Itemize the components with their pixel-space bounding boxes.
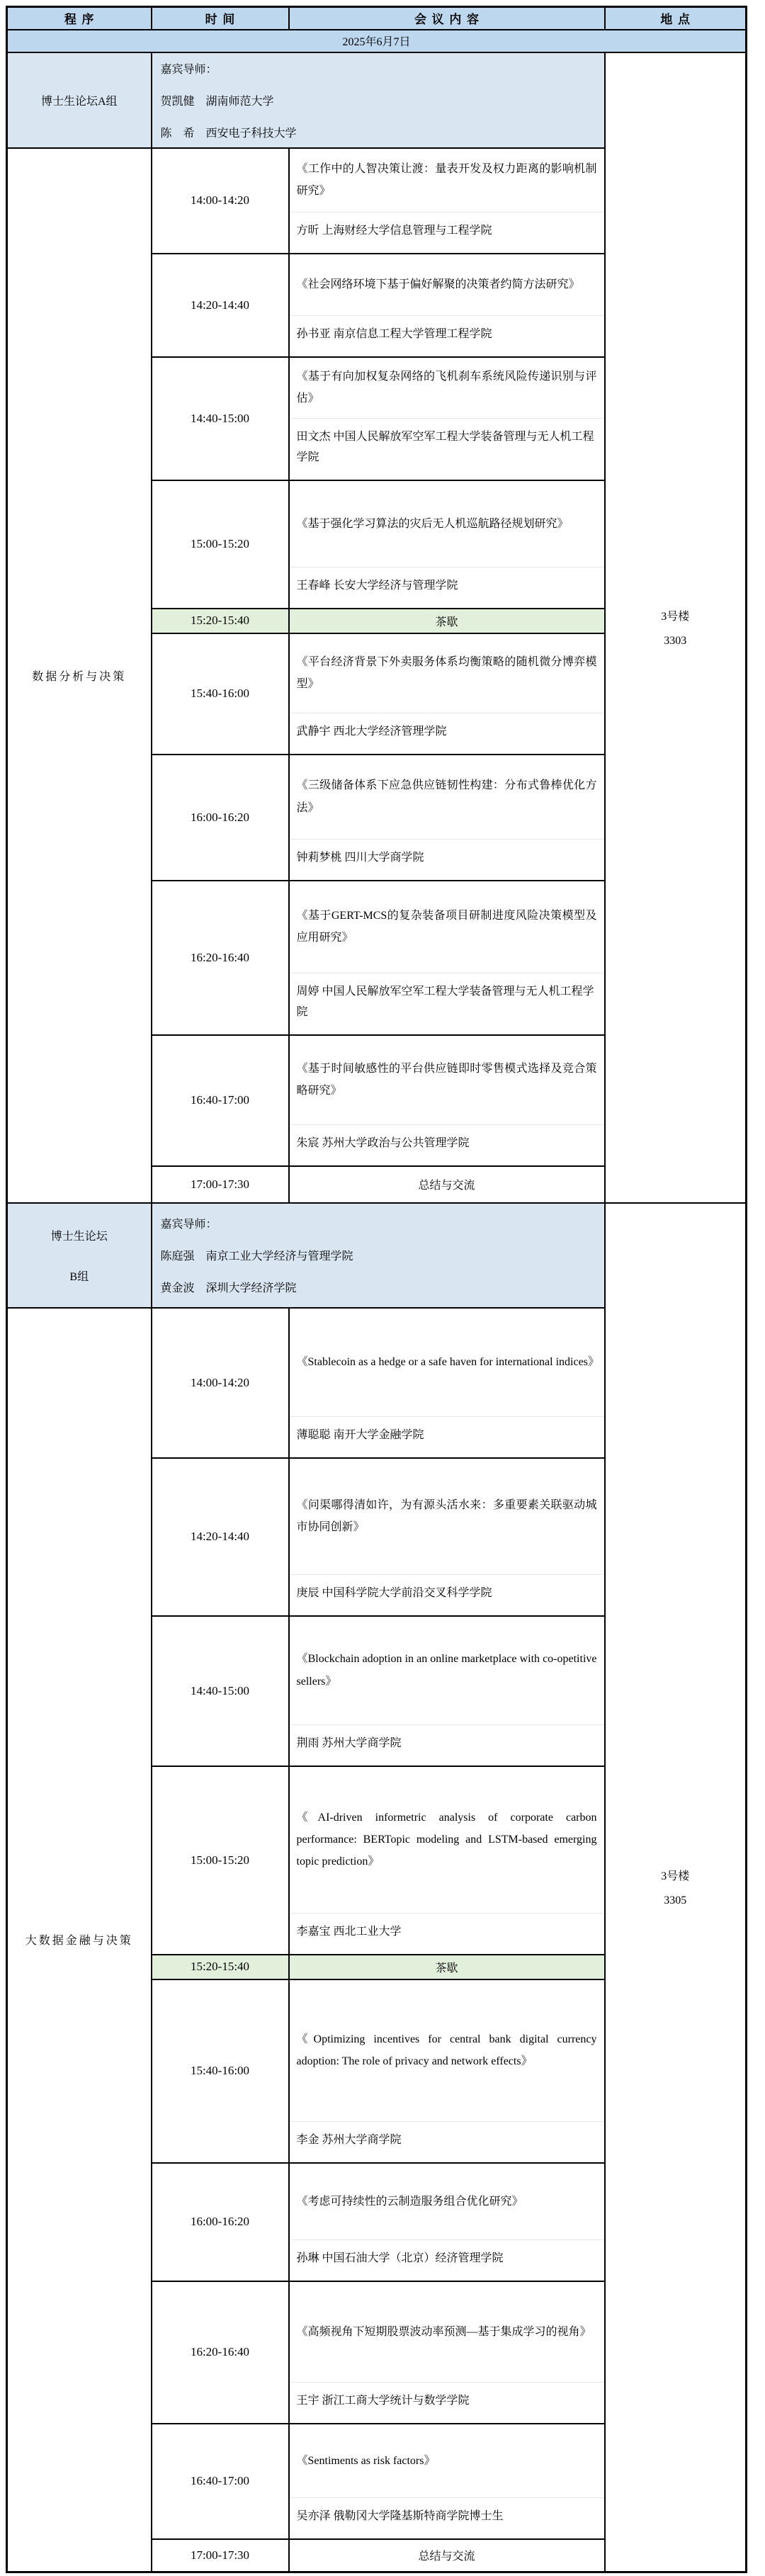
location-group-b: 3号楼 3305 [605, 1203, 747, 2572]
summary-label: 总结与交流 [289, 2539, 605, 2572]
session-content: 《问渠哪得清如许，为有源头活水来：多重要素关联驱动城市协同创新》 庚辰 中国科学… [289, 1458, 605, 1616]
session-time: 15:40-16:00 [152, 633, 289, 755]
session-time: 15:00-15:20 [152, 1766, 289, 1955]
session-content: 《AI-driven informetric analysis of corpo… [289, 1766, 605, 1955]
presenter: 朱宸 苏州大学政治与公共管理学院 [290, 1124, 604, 1165]
session-content: 《基于GERT-MCS的复杂装备项目研制进度风险决策模型及应用研究》 周婷 中国… [289, 881, 605, 1035]
session-time: 14:00-14:20 [152, 148, 289, 254]
presenter: 庚辰 中国科学院大学前沿交叉科学学院 [290, 1574, 604, 1615]
presenter: 吴亦泽 俄勒冈大学隆基斯特商学院博士生 [290, 2497, 604, 2538]
paper-title: 《Optimizing incentives for central bank … [297, 2028, 597, 2072]
group-b-mentors-cell: 嘉宾导师： 陈庭强 南京工业大学经济与管理学院 黄金波 深圳大学经济学院 [152, 1203, 605, 1308]
tea-break-label: 茶歇 [289, 609, 605, 633]
group-a-guest-row: 博士生论坛A组 嘉宾导师： 贺凯健 湖南师范大学 陈 希 西安电子科技大学 3号… [7, 52, 747, 148]
paper-title: 《基于强化学习算法的灾后无人机巡航路径规划研究》 [297, 513, 597, 535]
session-content: 《高频视角下短期股票波动率预测—基于集成学习的视角》 王宇 浙江工商大学统计与数… [289, 2281, 605, 2424]
summary-label: 总结与交流 [289, 1166, 605, 1203]
program-group-b-line1: 博士生论坛 [8, 1227, 151, 1243]
location-group-a: 3号楼 3303 [605, 52, 747, 1203]
session-time: 14:40-15:00 [152, 357, 289, 480]
location-room: 3303 [606, 635, 746, 648]
paper-title: 《社会网络环境下基于偏好解聚的决策者约简方法研究》 [297, 273, 597, 295]
col-header-program: 程序 [7, 7, 152, 30]
session-content: 《基于强化学习算法的灾后无人机巡航路径规划研究》 王春峰 长安大学经济与管理学院 [289, 480, 605, 609]
session-content: 《社会网络环境下基于偏好解聚的决策者约简方法研究》 孙书亚 南京信息工程大学管理… [289, 254, 605, 357]
session-time: 15:20-15:40 [152, 1955, 289, 1979]
group-a-mentors-cell: 嘉宾导师： 贺凯健 湖南师范大学 陈 希 西安电子科技大学 [152, 52, 605, 148]
group-b-guest-row: 博士生论坛 B组 嘉宾导师： 陈庭强 南京工业大学经济与管理学院 黄金波 深圳大… [7, 1203, 747, 1308]
mentor: 黄金波 深圳大学经济学院 [161, 1279, 596, 1295]
paper-title: 《基于有向加权复杂网络的飞机刹车系统风险传递识别与评估》 [297, 366, 597, 409]
program-group-a-line1: 博士生论坛A组 [8, 92, 151, 108]
session-time: 16:40-17:00 [152, 2424, 289, 2539]
session-time: 14:40-15:00 [152, 1616, 289, 1766]
paper-title: 《工作中的人智决策让渡：量表开发及权力距离的影响机制研究》 [297, 158, 597, 202]
mentors-label: 嘉宾导师： [161, 1215, 596, 1231]
program-group-b-label: 博士生论坛 B组 [7, 1203, 152, 1308]
presenter: 王宇 浙江工商大学统计与数学学院 [290, 2382, 604, 2423]
presenter: 薄聪聪 南开大学金融学院 [290, 1416, 604, 1457]
session-content: 《平台经济背景下外卖服务体系均衡策略的随机微分博弈模型》 武静宇 西北大学经济管… [289, 633, 605, 755]
session-time: 16:20-16:40 [152, 2281, 289, 2424]
session-time: 14:20-14:40 [152, 1458, 289, 1616]
session-time: 16:20-16:40 [152, 881, 289, 1035]
session-content: 《基于有向加权复杂网络的飞机刹车系统风险传递识别与评估》 田文杰 中国人民解放军… [289, 357, 605, 480]
program-track-a: 数据分析与决策 [7, 148, 152, 1203]
session-content: 《Sentiments as risk factors》 吴亦泽 俄勒冈大学隆基… [289, 2424, 605, 2539]
presenter: 孙琳 中国石油大学（北京）经济管理学院 [290, 2239, 604, 2281]
mentor: 陈庭强 南京工业大学经济与管理学院 [161, 1247, 596, 1263]
paper-title: 《三级储备体系下应急供应链韧性构建：分布式鲁棒优化方法》 [297, 774, 597, 818]
date-banner: 2025年6月7日 [7, 30, 747, 52]
program-track-b: 大数据金融与决策 [7, 1308, 152, 2572]
presenter: 李嘉宝 西北工业大学 [290, 1913, 604, 1954]
session-time: 15:20-15:40 [152, 609, 289, 633]
tea-break-label: 茶歇 [289, 1955, 605, 1979]
session-content: 《工作中的人智决策让渡：量表开发及权力距离的影响机制研究》 方昕 上海财经大学信… [289, 148, 605, 254]
presenter: 李金 苏州大学商学院 [290, 2121, 604, 2162]
session-time: 17:00-17:30 [152, 1166, 289, 1203]
presenter: 武静宇 西北大学经济管理学院 [290, 713, 604, 754]
session-time: 16:00-16:20 [152, 2163, 289, 2281]
session-time: 17:00-17:30 [152, 2539, 289, 2572]
program-group-a-label: 博士生论坛A组 [7, 52, 152, 148]
col-header-content: 会议内容 [289, 7, 605, 30]
location-building: 3号楼 [606, 1867, 746, 1883]
col-header-time: 时间 [152, 7, 289, 30]
session-time: 14:00-14:20 [152, 1308, 289, 1458]
paper-title: 《考虑可持续性的云制造服务组合优化研究》 [297, 2191, 597, 2213]
presenter: 王春峰 长安大学经济与管理学院 [290, 567, 604, 608]
presenter: 方昕 上海财经大学信息管理与工程学院 [290, 212, 604, 253]
paper-title: 《问渠哪得清如许，为有源头活水来：多重要素关联驱动城市协同创新》 [297, 1494, 597, 1538]
presenter: 荆雨 苏州大学商学院 [290, 1724, 604, 1766]
paper-title: 《Sentiments as risk factors》 [297, 2450, 597, 2472]
session-time: 14:20-14:40 [152, 254, 289, 357]
session-content: 《Blockchain adoption in an online market… [289, 1616, 605, 1766]
presenter: 周婷 中国人民解放军空军工程大学装备管理与无人机工程学院 [290, 973, 604, 1034]
presenter: 孙书亚 南京信息工程大学管理工程学院 [290, 315, 604, 356]
session-content: 《基于时间敏感性的平台供应链即时零售模式选择及竞合策略研究》 朱宸 苏州大学政治… [289, 1035, 605, 1166]
mentor: 陈 希 西安电子科技大学 [161, 124, 596, 140]
session-time: 15:40-16:00 [152, 1979, 289, 2163]
session-time: 16:00-16:20 [152, 755, 289, 881]
paper-title: 《AI-driven informetric analysis of corpo… [297, 1807, 597, 1873]
location-room: 3305 [606, 1894, 746, 1907]
location-building: 3号楼 [606, 607, 746, 623]
date-row: 2025年6月7日 [7, 30, 747, 52]
header-row: 程序 时间 会议内容 地点 [7, 7, 747, 30]
mentor: 贺凯健 湖南师范大学 [161, 92, 596, 108]
paper-title: 《基于GERT-MCS的复杂装备项目研制进度风险决策模型及应用研究》 [297, 905, 597, 949]
presenter: 钟莉梦桃 四川大学商学院 [290, 839, 604, 880]
session-content: 《三级储备体系下应急供应链韧性构建：分布式鲁棒优化方法》 钟莉梦桃 四川大学商学… [289, 755, 605, 881]
paper-title: 《Stablecoin as a hedge or a safe haven f… [297, 1351, 597, 1373]
session-time: 15:00-15:20 [152, 480, 289, 609]
col-header-location: 地点 [605, 7, 747, 30]
session-time: 16:40-17:00 [152, 1035, 289, 1166]
conference-schedule-table: 程序 时间 会议内容 地点 2025年6月7日 博士生论坛A组 嘉宾导师： 贺凯… [6, 6, 747, 2573]
paper-title: 《高频视角下短期股票波动率预测—基于集成学习的视角》 [297, 2321, 597, 2343]
presenter: 田文杰 中国人民解放军空军工程大学装备管理与无人机工程学院 [290, 418, 604, 480]
session-content: 《Stablecoin as a hedge or a safe haven f… [289, 1308, 605, 1458]
session-content: 《考虑可持续性的云制造服务组合优化研究》 孙琳 中国石油大学（北京）经济管理学院 [289, 2163, 605, 2281]
paper-title: 《Blockchain adoption in an online market… [297, 1648, 597, 1692]
session-content: 《Optimizing incentives for central bank … [289, 1979, 605, 2163]
paper-title: 《平台经济背景下外卖服务体系均衡策略的随机微分博弈模型》 [297, 651, 597, 695]
program-group-b-line2: B组 [8, 1267, 151, 1284]
mentors-label: 嘉宾导师： [161, 60, 596, 77]
paper-title: 《基于时间敏感性的平台供应链即时零售模式选择及竞合策略研究》 [297, 1058, 597, 1102]
